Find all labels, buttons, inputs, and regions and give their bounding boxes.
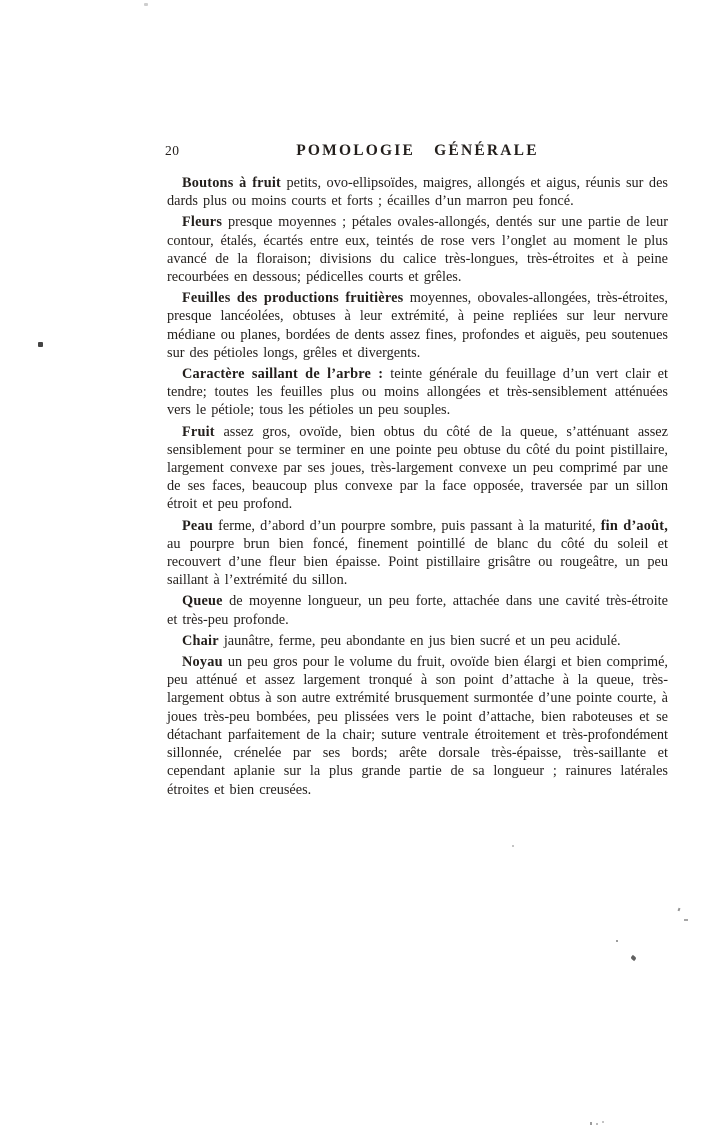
paragraph-lead: Chair: [182, 633, 219, 649]
paragraph-text: ferme, d’abord d’un pourpre sombre, puis…: [213, 518, 601, 534]
scan-speck: [38, 342, 43, 347]
paragraph: Feuilles des productions fruitières moye…: [167, 289, 668, 362]
scan-speck: [590, 1122, 592, 1125]
scan-speck: [684, 919, 688, 921]
paragraph-text: presque moyennes ; pétales ovales-allong…: [167, 214, 668, 285]
paragraph-text: jaunâtre, ferme, peu abondante en jus bi…: [219, 633, 621, 649]
paragraph: Noyau un peu gros pour le volume du frui…: [167, 653, 668, 799]
paragraph-lead: Fleurs: [182, 214, 222, 230]
scan-speck: [512, 845, 514, 847]
paragraph: Boutons à fruit petits, ovo-ellipsoïdes,…: [167, 174, 668, 210]
scan-speck: [602, 1121, 604, 1123]
scan-speck: [596, 1123, 598, 1125]
scan-speck: [678, 908, 681, 912]
scan-speck: [630, 955, 636, 961]
paragraph-lead: Caractère saillant de l’arbre :: [182, 366, 383, 382]
page-header: 20 POMOLOGIE GÉNÉRALE: [167, 142, 668, 161]
paragraph-lead: Fruit: [182, 424, 215, 440]
paragraph: Fruit assez gros, ovoïde, bien obtus du …: [167, 423, 668, 514]
paragraph-text: de moyenne longueur, un peu forte, attac…: [167, 593, 668, 627]
scan-speck: [144, 3, 148, 6]
running-title: POMOLOGIE GÉNÉRALE: [167, 142, 668, 160]
paragraph-lead: Boutons à fruit: [182, 175, 281, 191]
text-block: Boutons à fruit petits, ovo-ellipsoïdes,…: [167, 174, 668, 799]
paragraph: Queue de moyenne longueur, un peu forte,…: [167, 592, 668, 628]
scan-speck: [616, 940, 618, 942]
text-column: 20 POMOLOGIE GÉNÉRALE Boutons à fruit pe…: [167, 142, 668, 799]
paragraph: Chair jaunâtre, ferme, peu abondante en …: [167, 632, 668, 650]
scanned-book-page: 20 POMOLOGIE GÉNÉRALE Boutons à fruit pe…: [0, 0, 707, 1146]
paragraph-lead: Feuilles des productions fruitières: [182, 290, 403, 306]
paragraph-text: assez gros, ovoïde, bien obtus du côté d…: [167, 424, 668, 513]
paragraph: Peau ferme, d’abord d’un pourpre sombre,…: [167, 517, 668, 590]
paragraph-lead: fin d’août,: [601, 518, 668, 534]
paragraph-lead: Peau: [182, 518, 213, 534]
paragraph: Fleurs presque moyennes ; pétales ovales…: [167, 213, 668, 286]
paragraph-lead: Noyau: [182, 654, 223, 670]
paragraph-text: au pourpre brun bien foncé, finement poi…: [167, 536, 668, 588]
paragraph: Caractère saillant de l’arbre : teinte g…: [167, 365, 668, 420]
paragraph-text: un peu gros pour le volume du fruit, ovo…: [167, 654, 668, 797]
paragraph-lead: Queue: [182, 593, 223, 609]
